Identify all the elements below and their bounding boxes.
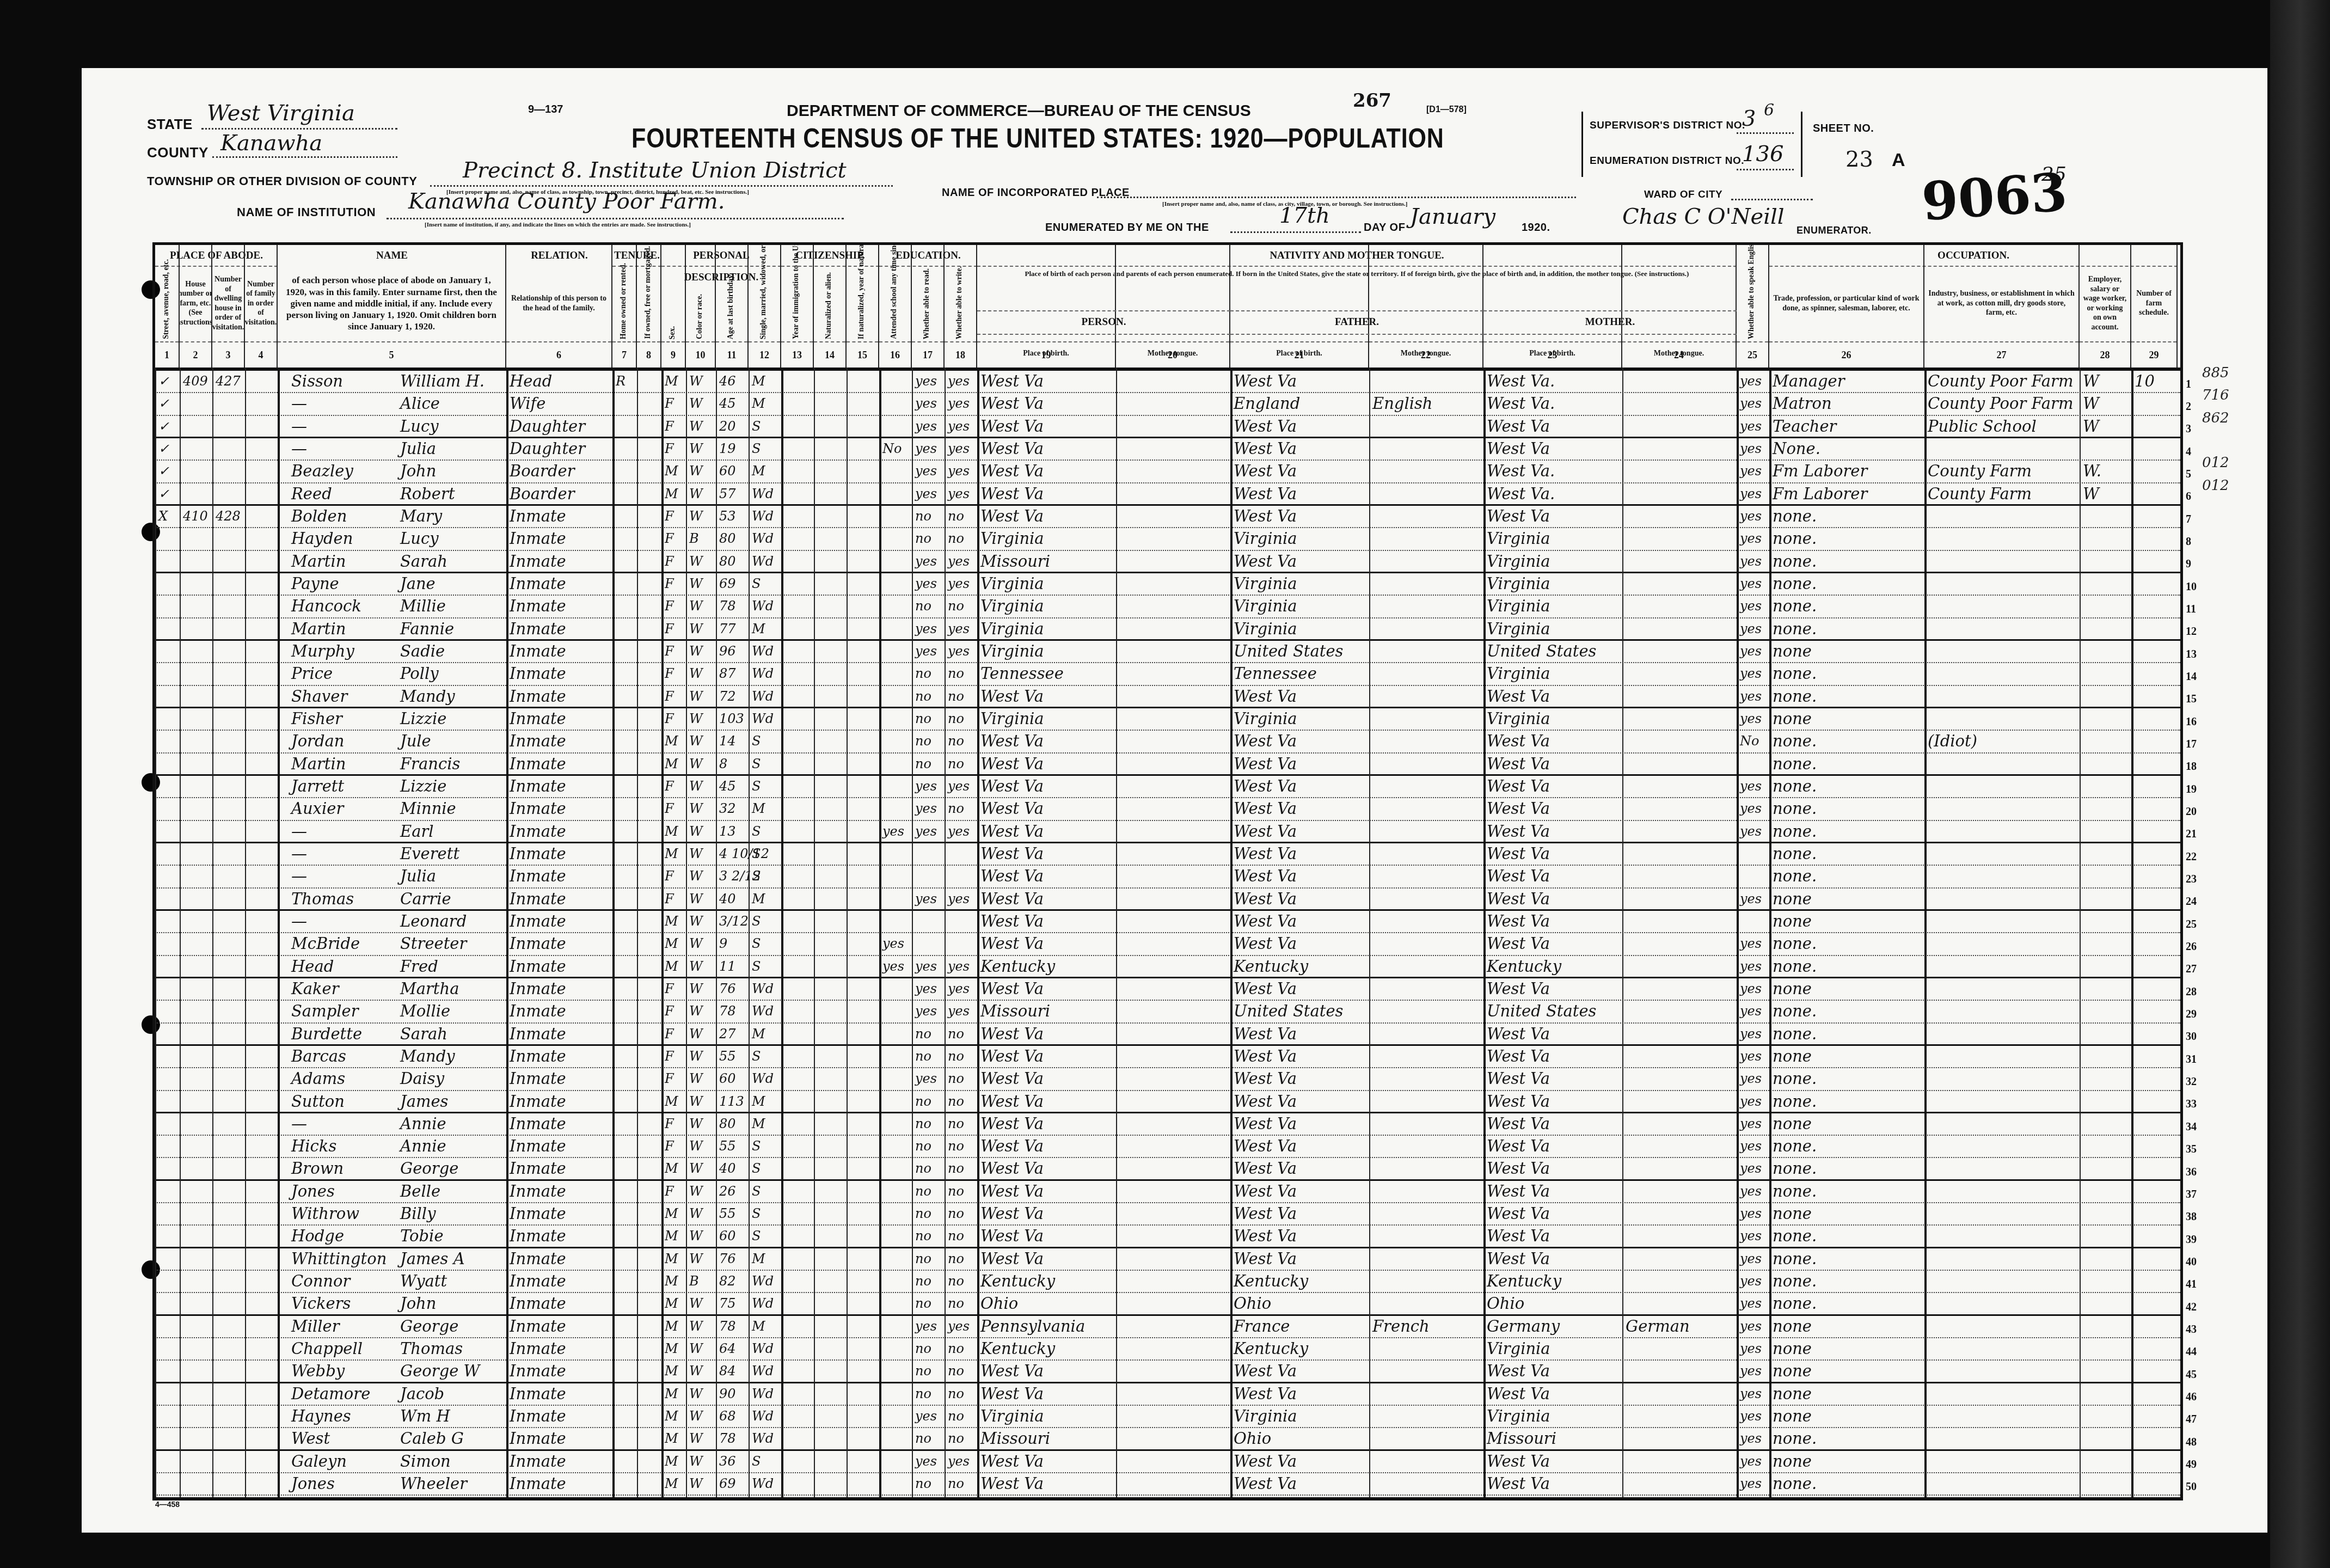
marital-cell: M (752, 1113, 765, 1135)
pob-cell: West Va (980, 393, 1044, 414)
sex-cell: F (665, 618, 674, 639)
marital-cell: S (752, 1046, 761, 1067)
department-title: DEPARTMENT OF COMMERCE—BUREAU OF THE CEN… (787, 102, 1251, 120)
nativity-subgroup: PERSON. (977, 310, 1230, 335)
table-row: DetamoreJacobInmateMW90WdnonoWest VaWest… (155, 1383, 2180, 1406)
table-row: ✓—LucyDaughterFW20SyesyesWest VaWest VaW… (155, 416, 2180, 438)
sex-cell: F (665, 1046, 674, 1067)
surname-cell: Withrow (291, 1203, 359, 1224)
race-cell: W (689, 663, 703, 684)
pob-cell: Missouri (980, 551, 1050, 572)
english-cell: yes (1740, 1046, 1762, 1067)
column-header-13: Year of immigration to the United States… (781, 245, 814, 367)
surname-cell: Jones (291, 1473, 335, 1494)
mpob-cell: Virginia (1487, 618, 1550, 639)
mpob-cell: Ohio (1487, 1293, 1524, 1314)
relation-cell: Inmate (510, 1113, 566, 1135)
fpob-cell: West Va (1234, 1226, 1297, 1246)
column-rule (749, 367, 750, 1497)
mpob-cell: Virginia (1487, 573, 1550, 595)
write-cell: no (948, 1338, 964, 1359)
read-cell: no (915, 1158, 931, 1179)
column-number: 28 (2080, 341, 2130, 367)
relation-cell: Inmate (510, 776, 566, 797)
marital-cell: M (752, 393, 765, 414)
marital-cell: Wd (752, 1406, 774, 1427)
column-number: 8 (637, 341, 660, 367)
fpob-cell: West Va (1234, 866, 1297, 887)
given-name-cell: Minnie (400, 798, 456, 819)
write-cell: yes (948, 393, 970, 414)
column-label: of each person whose place of abode on J… (281, 274, 502, 332)
line-number: 26 (2186, 941, 2197, 953)
trade-cell: none. (1773, 618, 1817, 639)
surname-cell: Whittington (291, 1248, 387, 1270)
column-rule (912, 367, 913, 1497)
relation-cell: Inmate (510, 821, 566, 842)
fpob-cell: West Va (1234, 798, 1297, 819)
age-cell: 78 (719, 596, 736, 617)
write-cell: no (948, 1248, 964, 1270)
fpob-cell: Virginia (1234, 528, 1297, 549)
column-number: 4 (245, 341, 277, 367)
race-cell: W (689, 866, 703, 887)
fpob-cell: West Va (1234, 1158, 1297, 1179)
surname-cell: Galeyn (291, 1451, 347, 1472)
trade-cell: none. (1773, 731, 1817, 752)
class-cell: W (2083, 371, 2099, 392)
trade-cell: none. (1773, 1248, 1817, 1270)
trade-cell: Fm Laborer (1773, 461, 1867, 482)
table-row: AuxierMinnieInmateFW32MyesnoWest VaWest … (155, 798, 2180, 820)
fpob-cell: West Va (1234, 483, 1297, 504)
fpob-cell: Kentucky (1234, 956, 1308, 977)
enumerator-signature: Chas C O'Neill (1622, 204, 1785, 229)
line-number: 8 (2186, 536, 2191, 548)
marital-cell: M (752, 1248, 765, 1270)
line-number: 4 (2186, 446, 2191, 458)
read-cell: no (915, 663, 931, 684)
pob-cell: West Va (980, 933, 1044, 954)
fpob-cell: Kentucky (1234, 1271, 1308, 1292)
trade-cell: none (1773, 1451, 1812, 1472)
pob-cell: West Va (980, 731, 1044, 752)
write-cell: yes (948, 461, 970, 482)
line-number: 37 (2186, 1189, 2197, 1201)
write-cell: no (948, 754, 964, 774)
table-row: KakerMarthaInmateFW76WdyesyesWest VaWest… (155, 978, 2180, 1001)
given-name-cell: Wyatt (400, 1271, 447, 1292)
relation-cell: Inmate (510, 1136, 566, 1157)
surname-cell: Reed (291, 483, 332, 504)
surname-cell: Sutton (291, 1091, 345, 1112)
column-number: 27 (1924, 341, 2078, 367)
sex-cell: F (665, 506, 674, 527)
write-cell: no (948, 1203, 964, 1224)
english-cell: yes (1740, 1248, 1762, 1270)
relation-cell: Inmate (510, 1024, 566, 1044)
column-label: Industry, business, or establishment in … (1928, 289, 2075, 318)
column-rule (686, 367, 687, 1497)
write-cell: no (948, 1293, 964, 1314)
english-cell: yes (1740, 393, 1762, 414)
relation-cell: Inmate (510, 1001, 566, 1022)
age-cell: 19 (719, 438, 736, 460)
english-cell: yes (1740, 1316, 1762, 1337)
pob-cell: West Va (980, 1181, 1044, 1202)
family-cell: 427 (216, 371, 241, 392)
fpob-cell: Ohio (1234, 1428, 1271, 1449)
sex-cell: M (665, 461, 678, 482)
enumerated-label: Enumerated by me on the (1045, 222, 1209, 234)
marital-cell: M (752, 1024, 765, 1044)
surname-cell: Brown (291, 1158, 344, 1179)
age-cell: 11 (719, 956, 736, 977)
table-row: HancockMillieInmateFW78WdnonoVirginiaVir… (155, 596, 2180, 618)
age-cell: 68 (719, 1406, 736, 1427)
age-cell: 78 (719, 1316, 736, 1337)
surname-cell: Hayden (291, 528, 353, 549)
surname-cell: Auxier (291, 798, 344, 819)
enumerated-year: 1920. (1522, 222, 1550, 234)
read-cell: no (915, 1271, 931, 1292)
english-cell: yes (1740, 798, 1762, 819)
line-number: 20 (2186, 806, 2197, 818)
line-number: 18 (2186, 761, 2197, 773)
relation-cell: Daughter (510, 438, 585, 460)
mark-cell: ✓ (158, 416, 169, 437)
table-row: ✓—AliceWifeFW45MyesyesWest VaEnglandEngl… (155, 393, 2180, 415)
read-cell: no (915, 1428, 931, 1449)
mpob-cell: West Va. (1487, 483, 1555, 504)
line-number: 41 (2186, 1278, 2197, 1291)
marital-cell: M (752, 461, 765, 482)
english-cell: yes (1740, 708, 1762, 730)
pob-cell: Missouri (980, 1428, 1050, 1449)
write-cell: yes (948, 1316, 970, 1337)
read-cell: no (915, 1024, 931, 1044)
trade-cell: none (1773, 641, 1812, 662)
english-cell: No (1740, 731, 1759, 752)
trade-cell: none. (1773, 956, 1817, 977)
relation-cell: Inmate (510, 911, 566, 932)
table-row: HaydenLucyInmateFB80WdnonoVirginiaVirgin… (155, 528, 2180, 550)
line-number: 2 (2186, 401, 2191, 413)
township-label: Township or other division of county (147, 174, 417, 188)
trade-cell: Fm Laborer (1773, 483, 1867, 504)
line-number: 11 (2186, 603, 2196, 616)
relation-cell: Inmate (510, 956, 566, 977)
trade-cell: none. (1773, 573, 1817, 595)
pob-cell: West Va (980, 1361, 1044, 1381)
sex-cell: F (665, 1113, 674, 1135)
surname-cell: — (291, 1113, 307, 1135)
institution-note: [Insert name of institution, if any, and… (425, 222, 691, 228)
write-cell: yes (948, 956, 970, 977)
line-number: 29 (2186, 1008, 2197, 1021)
mpob-cell: West Va (1487, 933, 1550, 954)
fmt-cell: English (1372, 393, 1433, 414)
race-cell: W (689, 483, 703, 504)
surname-cell: Webby (291, 1361, 345, 1381)
table-row: BrownGeorgeInmateMW40SnonoWest VaWest Va… (155, 1158, 2180, 1180)
fpob-cell: West Va (1234, 371, 1297, 392)
english-cell: yes (1740, 618, 1762, 639)
english-cell: yes (1740, 1406, 1762, 1427)
pob-cell: West Va (980, 1451, 1044, 1472)
marital-cell: S (752, 754, 761, 774)
read-cell: yes (915, 1451, 937, 1472)
given-name-cell: Annie (400, 1113, 446, 1135)
column-rule (637, 367, 638, 1497)
nativity-subgroup: FATHER. (1230, 310, 1483, 335)
english-cell: yes (1740, 956, 1762, 977)
surname-cell: Head (291, 956, 334, 977)
age-cell: 8 (719, 754, 727, 774)
column-number: 11 (716, 341, 747, 367)
english-cell: yes (1740, 1203, 1762, 1224)
pob-cell: Pennsylvania (980, 1316, 1085, 1337)
given-name-cell: Polly (400, 663, 439, 684)
fpob-cell: Virginia (1234, 618, 1297, 639)
race-cell: W (689, 1046, 703, 1067)
write-cell: no (948, 1181, 964, 1202)
sex-cell: M (665, 911, 678, 932)
column-header-15: If naturalized, year of naturalization.1… (847, 245, 879, 367)
sex-cell: F (665, 1001, 674, 1022)
sex-cell: M (665, 1248, 678, 1270)
english-cell: yes (1740, 686, 1762, 707)
race-cell: B (689, 1271, 699, 1292)
column-number: 29 (2131, 341, 2176, 367)
mpob-cell: Missouri (1487, 1428, 1556, 1449)
column-rule (1769, 367, 1771, 1497)
race-cell: W (689, 798, 703, 819)
write-cell: no (948, 1068, 964, 1089)
table-row: WhittingtonJames AInmateMW76MnonoWest Va… (155, 1248, 2180, 1271)
race-cell: B (689, 528, 699, 549)
english-cell: yes (1740, 1226, 1762, 1246)
table-row: BarcasMandyInmateFW55SnonoWest VaWest Va… (155, 1046, 2180, 1068)
table-row: McBrideStreeterInmateMW9SyesWest VaWest … (155, 933, 2180, 955)
pob-cell: Missouri (980, 1001, 1050, 1022)
line-number: 9 (2186, 558, 2191, 571)
fpob-cell: West Va (1234, 776, 1297, 797)
relation-cell: Inmate (510, 1203, 566, 1224)
column-header-28: Employer, salary or wage worker, or work… (2080, 245, 2131, 367)
page-stamp: 267 (1353, 90, 1391, 112)
trade-cell: none. (1773, 1068, 1817, 1089)
trade-cell: none. (1773, 528, 1817, 549)
race-cell: W (689, 1068, 703, 1089)
trade-cell: none (1773, 1316, 1812, 1337)
relation-cell: Inmate (510, 641, 566, 662)
race-cell: W (689, 776, 703, 797)
line-number: 35 (2186, 1143, 2197, 1156)
line-number: 15 (2186, 693, 2197, 706)
surname-cell: Detamore (291, 1383, 370, 1405)
mpob-cell: West Va (1487, 1068, 1550, 1089)
given-name-cell: George W (400, 1361, 480, 1381)
surname-cell: Martin (291, 551, 346, 572)
column-number: 13 (781, 341, 813, 367)
line-number: 43 (2186, 1324, 2197, 1336)
surname-cell: Chappell (291, 1338, 363, 1359)
english-cell: yes (1740, 1338, 1762, 1359)
sex-cell: F (665, 708, 674, 730)
relation-cell: Inmate (510, 843, 566, 865)
line-number: 39 (2186, 1234, 2197, 1246)
relation-cell: Inmate (510, 1361, 566, 1381)
table-row: JonesBelleInmateFW26SnonoWest VaWest VaW… (155, 1181, 2180, 1203)
mpob-cell: West Va (1487, 1203, 1550, 1224)
fpob-cell: West Va (1234, 1451, 1297, 1472)
surname-cell: Burdette (291, 1024, 362, 1044)
marital-cell: Wd (752, 1293, 774, 1314)
age-cell: 60 (719, 461, 736, 482)
read-cell: yes (915, 371, 937, 392)
pob-cell: Kentucky (980, 1338, 1055, 1359)
write-cell: yes (948, 573, 970, 595)
sex-cell: F (665, 978, 674, 1000)
english-cell: yes (1740, 573, 1762, 595)
write-cell: yes (948, 776, 970, 797)
trade-cell: none. (1773, 1181, 1817, 1202)
nativity-note: Place of birth of each person and parent… (988, 269, 1726, 278)
given-name-cell: Leonard (400, 911, 467, 932)
write-cell: yes (948, 416, 970, 437)
given-name-cell: James (400, 1091, 448, 1112)
margin-annotation: 885 (2202, 365, 2229, 381)
race-cell: W (689, 1451, 703, 1472)
supervisors-district: 3 (1742, 106, 1756, 131)
age-cell: 27 (719, 1024, 736, 1044)
read-cell: yes (915, 483, 937, 504)
sex-cell: F (665, 393, 674, 414)
age-cell: 113 (719, 1091, 744, 1112)
marital-cell: M (752, 618, 765, 639)
column-number: 20 (1116, 341, 1229, 367)
marital-cell: M (752, 1316, 765, 1337)
column-rule (814, 367, 815, 1497)
line-number: 10 (2186, 581, 2197, 593)
age-cell: 46 (719, 371, 736, 392)
surname-cell: Price (291, 663, 333, 684)
institution-line (387, 218, 844, 219)
pob-cell: Virginia (980, 573, 1044, 595)
read-cell: no (915, 506, 931, 527)
column-rule (977, 367, 979, 1497)
marital-cell: S (752, 1226, 761, 1246)
english-cell: yes (1740, 1361, 1762, 1381)
pob-cell: West Va (980, 1226, 1044, 1246)
state-line (201, 128, 397, 130)
marital-cell: Wd (752, 1271, 774, 1292)
age-cell: 77 (719, 618, 736, 639)
age-cell: 80 (719, 551, 736, 572)
race-cell: W (689, 911, 703, 932)
column-header-29: Number of farm schedule.29 (2131, 245, 2178, 367)
read-cell: no (915, 1248, 931, 1270)
write-cell: no (948, 1473, 964, 1494)
mpob-cell: West Va (1487, 1091, 1550, 1112)
column-header-10: Color or race.10 (686, 245, 716, 367)
table-row: JarrettLizzieInmateFW45SyesyesWest VaWes… (155, 776, 2180, 798)
surname-cell: Barcas (291, 1046, 346, 1067)
mpob-cell: Virginia (1487, 1406, 1550, 1427)
trade-cell: none. (1773, 551, 1817, 572)
surname-cell: Hicks (291, 1136, 336, 1157)
state-label: State (147, 116, 193, 133)
family-cell: 428 (216, 506, 241, 527)
marital-cell: S (752, 573, 761, 595)
age-cell: 84 (719, 1361, 736, 1381)
column-header-23: Place of birth.23 (1483, 245, 1622, 367)
sex-cell: M (665, 1338, 678, 1359)
mpob-cell: West Va (1487, 416, 1550, 437)
write-cell: no (948, 1226, 964, 1246)
write-cell: yes (948, 618, 970, 639)
surname-cell: Haynes (291, 1406, 351, 1427)
english-cell: yes (1740, 641, 1762, 662)
pob-cell: Virginia (980, 528, 1044, 549)
race-cell: W (689, 889, 703, 909)
pob-cell: West Va (980, 483, 1044, 504)
fpob-cell: England (1234, 393, 1300, 414)
given-name-cell: Lucy (400, 416, 439, 437)
enumeration-district: 136 (1742, 142, 1783, 167)
marital-cell: Wd (752, 1068, 774, 1089)
age-cell: 4 10/12 (719, 843, 769, 865)
marital-cell: S (752, 821, 761, 842)
table-row: WithrowBillyInmateMW55SnonoWest VaWest V… (155, 1203, 2180, 1226)
race-cell: W (689, 933, 703, 954)
sex-cell: F (665, 1068, 674, 1089)
fpob-cell: West Va (1234, 754, 1297, 774)
race-cell: W (689, 416, 703, 437)
read-cell: yes (915, 798, 937, 819)
line-number: 49 (2186, 1459, 2197, 1471)
write-cell: yes (948, 641, 970, 662)
ward-line (1731, 199, 1813, 200)
column-header-21: Place of birth.21 (1230, 245, 1369, 367)
age-cell: 76 (719, 978, 736, 1000)
sex-cell: M (665, 1091, 678, 1112)
line-number: 19 (2186, 783, 2197, 796)
trade-cell: none. (1773, 1024, 1817, 1044)
trade-cell: none. (1773, 663, 1817, 684)
english-cell: yes (1740, 371, 1762, 392)
fpob-cell: Kentucky (1234, 1338, 1308, 1359)
margin-annotation: 716 (2202, 387, 2229, 403)
marital-cell: S (752, 933, 761, 954)
age-cell: 80 (719, 528, 736, 549)
fpob-cell: West Va (1234, 1181, 1297, 1202)
read-cell: yes (915, 641, 937, 662)
table-row: —EverettInmateMW4 10/12SWest VaWest VaWe… (155, 843, 2180, 866)
given-name-cell: Daisy (400, 1068, 444, 1089)
marital-cell: Wd (752, 641, 774, 662)
marital-cell: M (752, 1091, 765, 1112)
trade-cell: none (1773, 1203, 1812, 1224)
relation-cell: Boarder (510, 461, 575, 482)
age-cell: 40 (719, 1158, 736, 1179)
column-header-12: Single, married, widowed, or divorced.12 (749, 245, 781, 367)
mpob-cell: West Va (1487, 1136, 1550, 1157)
write-cell: no (948, 1361, 964, 1381)
sex-cell: M (665, 933, 678, 954)
race-cell: W (689, 618, 703, 639)
